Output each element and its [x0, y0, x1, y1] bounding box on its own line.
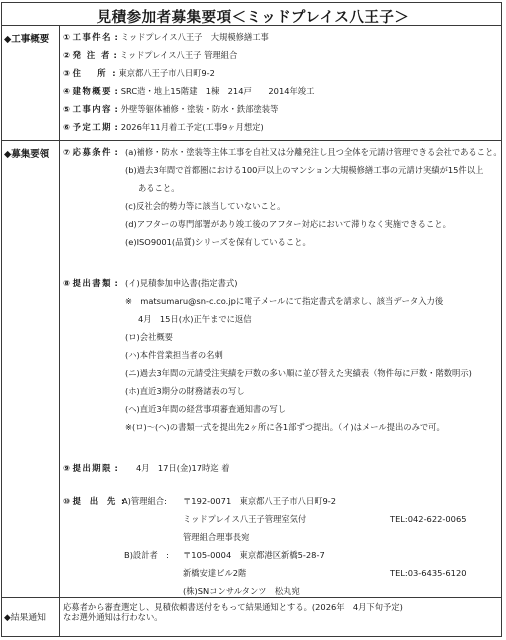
result-line-2: なお選外通知は行わない。 [63, 613, 163, 623]
overview-item: ③ 住 所 : 東京都八王子市八日町9-2 [63, 68, 215, 78]
section-heading-recruitment: ◆募集要領 [4, 146, 49, 160]
deadline-value: 4月 17日(金)17時迄 着 [136, 463, 230, 473]
page-title: 見積参加者募集要項＜ミッドプレイス八王子＞ [0, 6, 506, 27]
condition-d: (d)アフターの専門部署があり竣工後のアフター対応において滞りなく実施できること… [125, 219, 451, 229]
item-value: ミッドプレイス八王子 管理組合 [120, 50, 238, 60]
item-number: ⑥ [63, 122, 70, 132]
destination-b-tel: TEL:03-6435-6120 [390, 568, 467, 578]
item-value: 2026年11月着工予定(工事9ヶ月想定) [121, 122, 264, 132]
item-number: ② [63, 50, 70, 60]
item-label: 住 所 [73, 68, 110, 78]
divider-overview [1, 140, 502, 141]
destination-a-line3: 管理組合理事長宛 [183, 532, 249, 542]
item-value: 外壁等躯体補修・塗装・防水・鉄部塗装等 [121, 104, 279, 114]
section-heading-result: ◆結果通知 [4, 610, 46, 623]
item-number: ④ [63, 86, 70, 96]
item-number: ③ [63, 68, 70, 78]
item-number: ⑤ [63, 104, 70, 114]
destination-a-tel: TEL:042-622-0065 [390, 514, 467, 524]
item-value: SRC造・地上15階建 1棟 214戸 2014年竣工 [121, 86, 315, 96]
condition-e: (e)ISO9001(品質)シリーズを保有していること。 [125, 237, 311, 247]
item-label: 工事内容 [73, 104, 112, 114]
condition-c: (c)反社会的勢力等に該当していないこと。 [125, 201, 285, 211]
document-item: (ハ)本件営業担当者の名刺 [125, 350, 223, 360]
overview-item: ① 工事件名 : ミッドプレイス八王子 大規模修繕工事 [63, 32, 269, 42]
item-label: 予定工期 [73, 122, 112, 132]
document-note-submission: ※(ロ)～(ヘ)の書類一式を提出先2ヶ所に各1部ずつ提出。（イ)はメール提出のみ… [125, 422, 445, 432]
destination-b-line3: (株)SNコンサルタンツ 松丸宛 [183, 586, 300, 596]
item-value: 東京都八王子市八日町9-2 [118, 68, 215, 78]
overview-item: ⑥ 予定工期 : 2026年11月着工予定(工事9ヶ月想定) [63, 122, 264, 132]
destination-b-line2: 新橋安達ビル2階 [183, 568, 246, 578]
conditions-label: ⑦ 応募条件 : [63, 147, 118, 157]
section-heading-overview: ◆工事概要 [4, 31, 49, 45]
condition-a: (a)補修・防水・塗装等主体工事を自社又は分離発注し且つ全体を元請け管理できる会… [125, 147, 502, 157]
column-divider [59, 25, 60, 637]
documents-label: ⑧ 提出書類 : [63, 278, 118, 288]
document-item: (ニ)過去3年間の元請受注実績を戸数の多い順に並び替えた実績表（物件毎に戸数・階… [125, 368, 472, 378]
overview-item: ④ 建物概要 : SRC造・地上15階建 1棟 214戸 2014年竣工 [63, 86, 314, 96]
document-item: (ヘ)直近3年間の経営事項審査通知書の写し [125, 404, 286, 414]
destination-b-label: B)設計者 : [124, 550, 169, 560]
item-label: 工事件名 [73, 32, 112, 42]
condition-b-cont: あること。 [138, 183, 180, 193]
overview-item: ② 発 注 者 : ミッドプレイス八王子 管理組合 [63, 50, 237, 60]
document-item: (ロ)会社概要 [125, 332, 173, 342]
document-note: ※ matsumaru@sn-c.co.jpに電子メールにて指定書式を請求し、該… [125, 296, 443, 306]
deadline-label: ⑨ 提出期限 : [63, 463, 118, 473]
destination-a-line2: ミッドプレイス八王子管理室気付 [183, 514, 306, 524]
document-item: (イ)見積参加申込書(指定書式) [125, 278, 238, 288]
divider-recruitment [1, 597, 502, 598]
divider-title [1, 25, 502, 26]
document-note-deadline: 4月 15日(水)正午までに返信 [138, 314, 252, 324]
item-value: ミッドプレイス八王子 大規模修繕工事 [121, 32, 269, 42]
overview-item: ⑤ 工事内容 : 外壁等躯体補修・塗装・防水・鉄部塗装等 [63, 104, 278, 114]
item-number: ① [63, 32, 70, 42]
destination-a-label: A)管理組合: [122, 496, 167, 506]
item-label: 建物概要 [73, 86, 112, 96]
destination-b-postal: 〒105-0004 東京都港区新橋5-28-7 [183, 550, 325, 560]
document-item: (ホ)直近3期分の財務諸表の写し [125, 386, 245, 396]
destination-a-postal: 〒192-0071 東京都八王子市八日町9-2 [183, 496, 336, 506]
item-label: 発 注 者 [73, 50, 111, 60]
destination-label: ⑩ 提 出 先 : [63, 496, 124, 506]
condition-b: (b)過去3年間で首都圏における100戸以上のマンション大規模修繕工事の元請け実… [125, 165, 483, 175]
